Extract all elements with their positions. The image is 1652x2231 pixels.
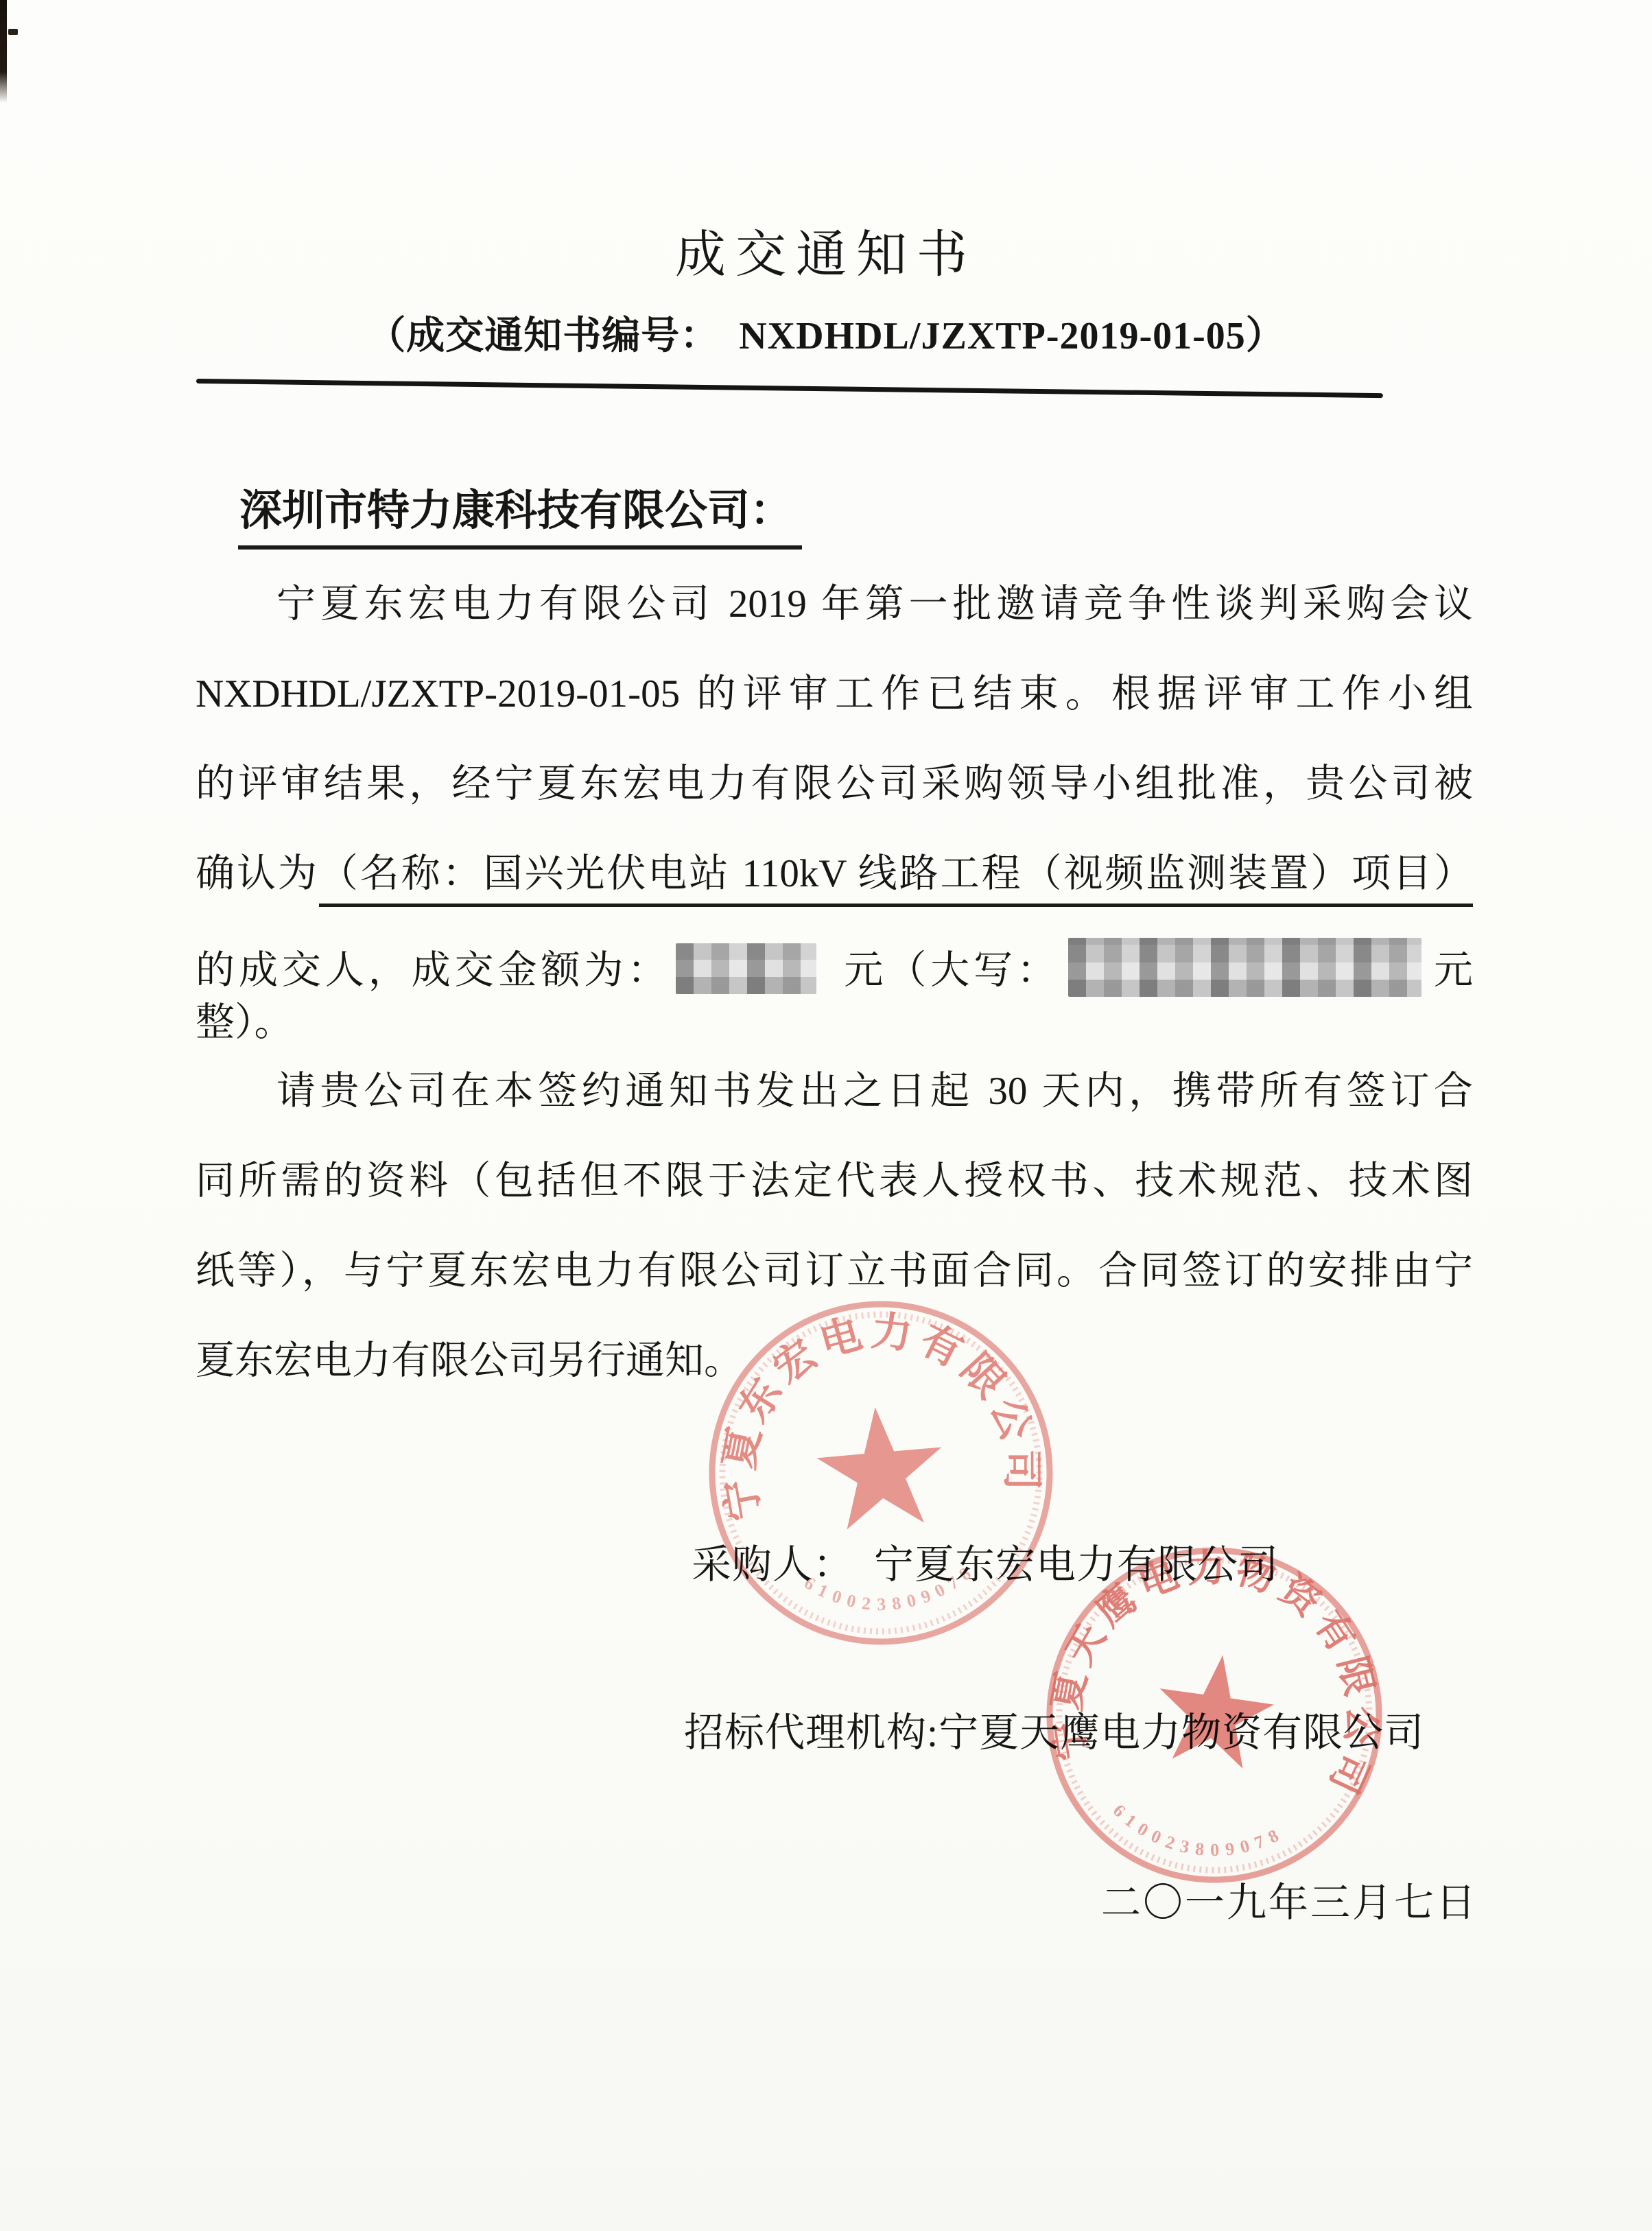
paragraph1-line4: 确认为（名称：国兴光伏电站 110kV 线路工程（视频监测装置）项目） [196,848,1473,900]
paragraph1-line2: NXDHDL/JZXTP-2019-01-05 的评审工作已结束。根据评审工作小… [196,668,1473,720]
page-title: 成交通知书 [675,214,977,287]
line4-prefix: 确认为 [196,852,319,895]
notice-number-line: （成交通知书编号： NXDHDL/JZXTP-2019-01-05） [367,305,1285,360]
redacted-amount-capital-mosaic [1068,938,1421,997]
line5-text-before: 的成交人，成交金额为： [196,949,670,992]
paragraph2-line4: 夏东宏电力有限公司另行通知。 [196,1335,1473,1387]
addressee-company: 深圳市特力康科技有限公司： [238,476,802,550]
scan-speck [8,29,18,35]
paragraph2-line2: 同所需的资料（包括但不限于法定代表人授权书、技术规范、技术图 [196,1155,1473,1207]
seal-ring-text: 宁夏东宏电力有限公司 [707,1299,1048,1524]
paragraph1-line5: 的成交人，成交金额为：元（大写：元整）。 [196,938,1473,1049]
redacted-amount-mosaic [676,943,816,994]
line5-text-between: 元（大写： [840,949,1060,992]
paragraph1-line1: 宁夏东宏电力有限公司 2019 年第一批邀请竞争性谈判采购会议 [196,578,1473,630]
agency-line: 招标代理机构:宁夏天鹰电力物资有限公司 [684,1700,1424,1758]
header-divider [196,379,1383,398]
scan-edge-artifact [0,0,7,103]
purchaser-line: 采购人： 宁夏东宏电力有限公司 [692,1532,1279,1590]
paragraph2-line3: 纸等），与宁夏东宏电力有限公司订立书面合同。合同签订的安排由宁 [196,1245,1473,1297]
project-name-underlined: （名称：国兴光伏电站 110kV 线路工程（视频监测装置）项目） [319,852,1473,907]
seal-serial-number: 610023809078 [1105,1799,1290,1872]
addressee-line: 深圳市特力康科技有限公司： [238,476,802,550]
paragraph2-line1: 请贵公司在本签约通知书发出之日起 30 天内，携带所有签订合 [196,1065,1473,1118]
date-line: 二〇一九年三月七日 [1101,1870,1478,1928]
paragraph1-line3: 的评审结果，经宁夏东宏电力有限公司采购领导小组批准，贵公司被 [196,758,1473,810]
award-notice-document: 成交通知书 （成交通知书编号： NXDHDL/JZXTP-2019-01-05）… [0,0,1652,2231]
seal-star-icon [813,1402,948,1531]
